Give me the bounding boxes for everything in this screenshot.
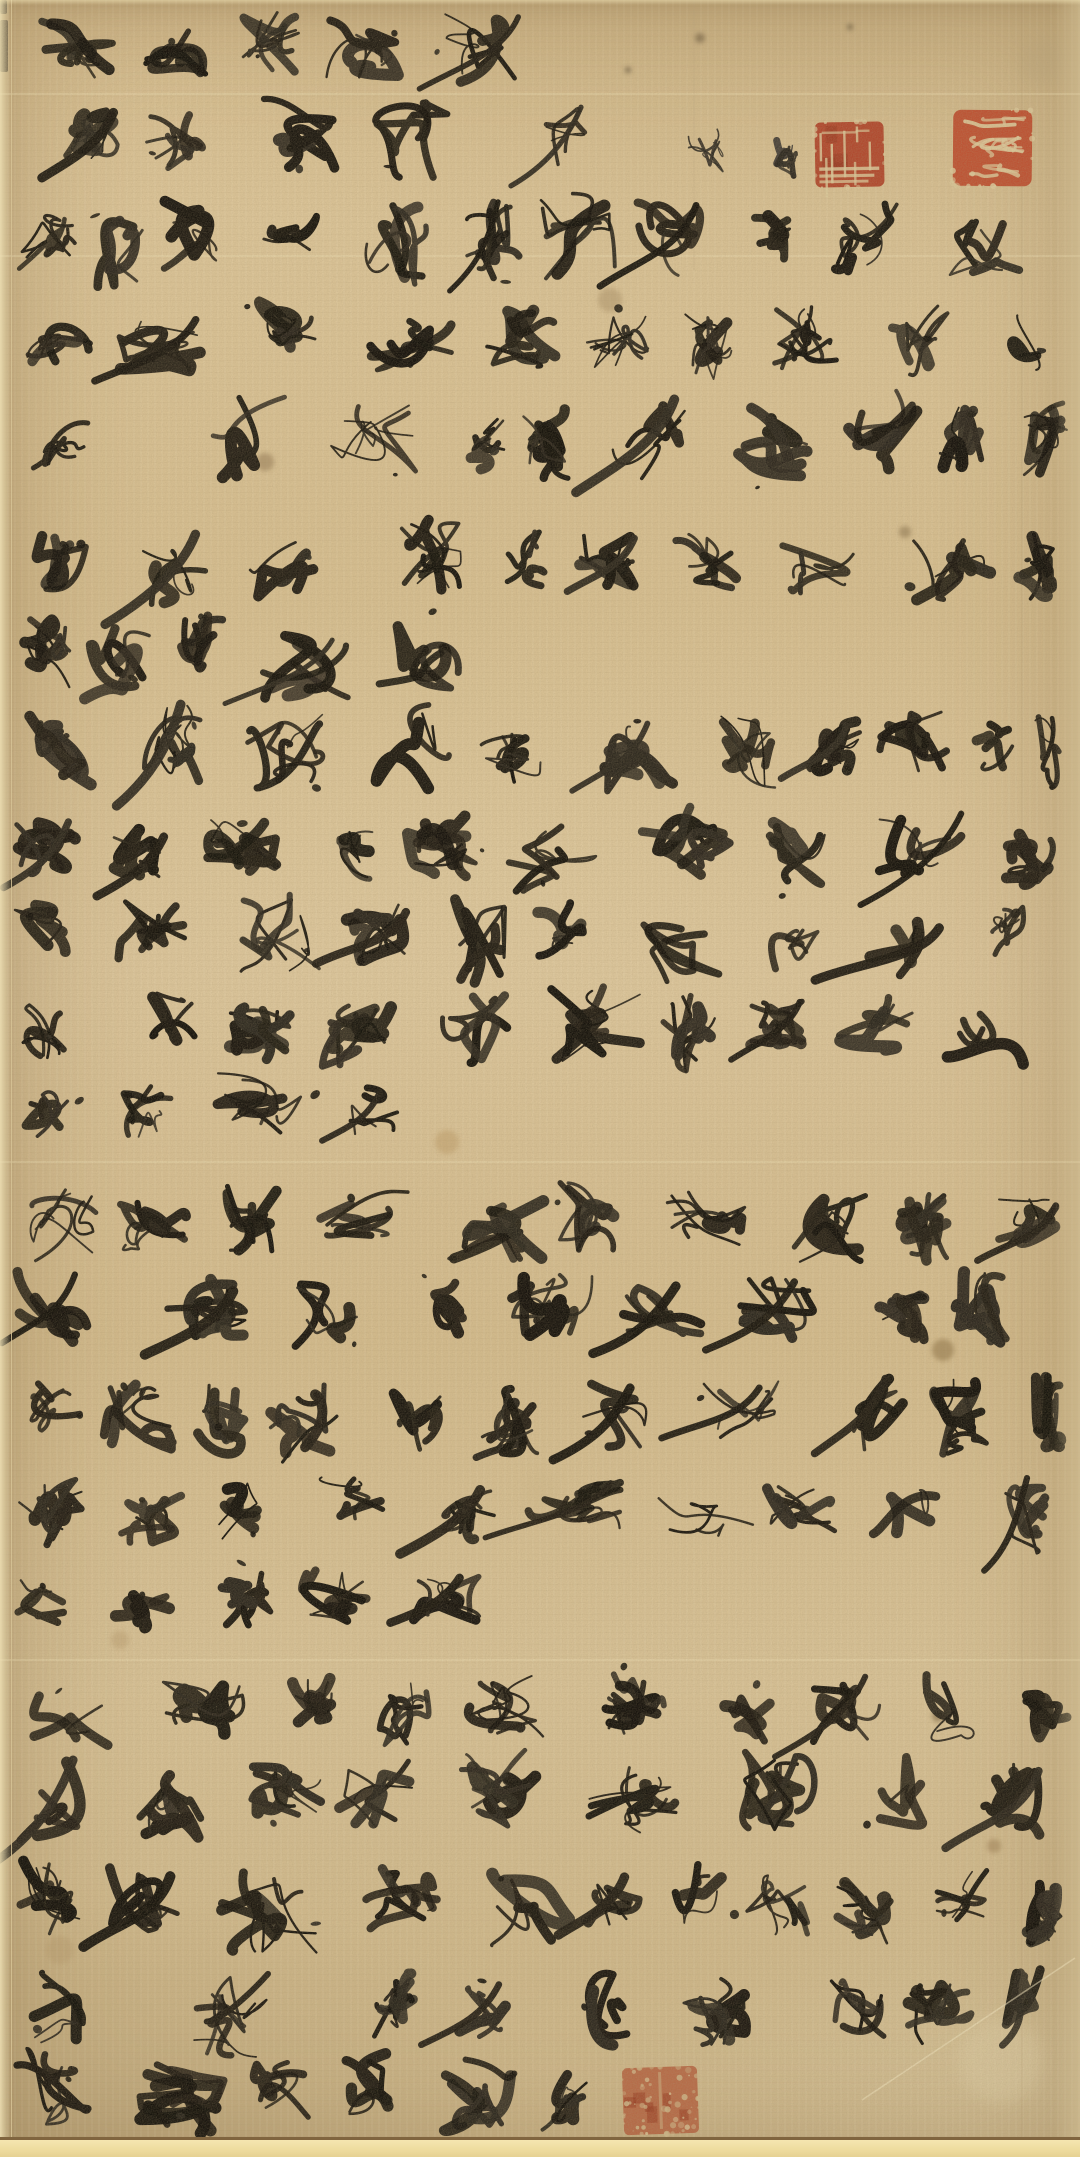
paper-edge-left bbox=[0, 0, 12, 2157]
paper-grain-overlay bbox=[0, 0, 1080, 2157]
mounting-border-bottom bbox=[0, 2137, 1080, 2157]
paper-edge-right bbox=[1054, 0, 1080, 2157]
calligraphy-scroll-artwork bbox=[0, 0, 1080, 2157]
artwork-layer bbox=[0, 0, 1080, 2157]
paper-edge-top bbox=[0, 0, 1080, 5]
